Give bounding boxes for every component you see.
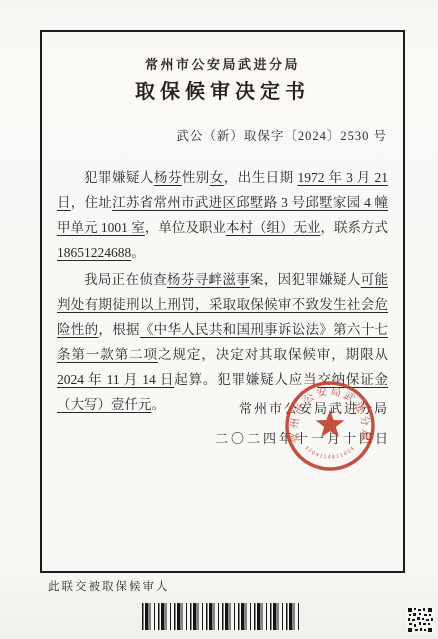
- suspect-occupation: 本村（组）无业: [226, 220, 321, 235]
- issuing-agency-header: 常州市公安局武进分局: [42, 56, 403, 74]
- p1-seg: ，单位及职业: [145, 220, 226, 235]
- suspect-phone: 18651224688: [57, 245, 131, 260]
- p1-seg: ，出生日期: [224, 170, 298, 185]
- p1-seg: 犯罪嫌疑人: [84, 170, 154, 185]
- barcode: [142, 603, 300, 630]
- p1-seg: ，联系方式: [320, 220, 388, 235]
- p2-seg: 案，因犯罪嫌疑人: [250, 272, 361, 287]
- p1-seg: 性别: [182, 170, 210, 185]
- p1-seg: ，住址: [71, 195, 112, 210]
- p1-seg: 。: [131, 245, 145, 260]
- seal-star-icon: [316, 410, 345, 437]
- copy-recipient-note: 此联交被取保候审人: [48, 578, 170, 594]
- bail-start-date: 2024 年 11 月 14 日: [57, 372, 174, 387]
- suspect-name: 杨芬: [154, 170, 182, 185]
- p2-seg: ，根据: [98, 322, 139, 337]
- document-number: 武公（新）取保字〔2024〕2530 号: [42, 127, 403, 145]
- seal-code-holder: 3204114811024: [303, 445, 356, 461]
- seal-code-text: 3204114811024: [303, 445, 356, 461]
- document-frame: 常州市公安局武进分局 取保候审决定书 武公（新）取保字〔2024〕2530 号 …: [40, 30, 405, 573]
- paragraph-suspect-info: 犯罪嫌疑人杨芬性别女，出生日期 1972 年 3 月 21 日，住址江苏省常州市…: [57, 165, 388, 265]
- suspect-gender: 女: [210, 170, 224, 185]
- document-page: 常州市公安局武进分局 取保候审决定书 武公（新）取保字〔2024〕2530 号 …: [0, 0, 438, 639]
- document-title: 取保候审决定书: [42, 79, 403, 105]
- case-name: 杨芬寻衅滋事: [167, 272, 250, 287]
- qr-code: [407, 607, 434, 634]
- p2-seg: 之规定，决定对其取保候审，期限从: [158, 347, 388, 362]
- p2-seg: 。: [152, 397, 166, 412]
- p2-seg: 我局正在侦查: [84, 272, 167, 287]
- official-seal: 常州市公安局武进分局 3204114811024: [282, 378, 378, 474]
